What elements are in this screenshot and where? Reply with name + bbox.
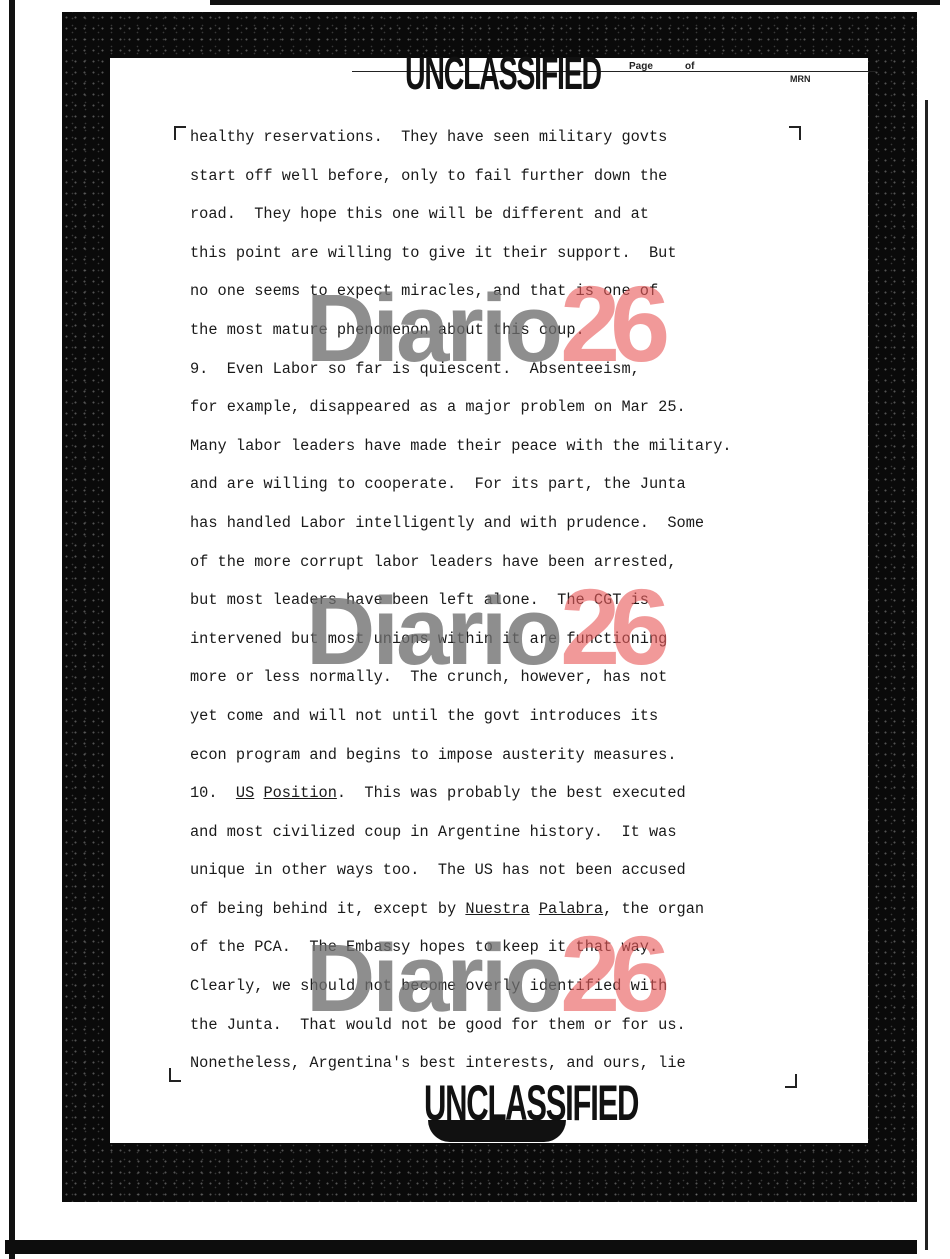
text-line: and are willing to cooperate. For its pa… [190, 471, 770, 510]
classification-stamp-top: UNCLASSIFIED [405, 50, 601, 96]
paragraph-number: 10. [190, 784, 218, 802]
scan-top-strip [210, 0, 940, 5]
text-line: of being behind it, except by Nuestra Pa… [190, 896, 770, 935]
text-line: unique in other ways too. The US has not… [190, 857, 770, 896]
publication-title-1: Nuestra [465, 900, 529, 918]
text-line: and most civilized coup in Argentine his… [190, 819, 770, 858]
text-line: more or less normally. The crunch, howev… [190, 664, 770, 703]
text-line: but most leaders have been left alone. T… [190, 587, 770, 626]
text-line: start off well before, only to fail furt… [190, 163, 770, 202]
paragraph-10-start: 10. US Position. This was probably the b… [190, 780, 770, 819]
crop-mark-bottom-right [785, 1074, 797, 1088]
heading-tail: . This was probably the best executed [337, 784, 686, 802]
classification-stamp-bottom: UNCLASSIFIED [424, 1078, 638, 1128]
paragraph-9-start: 9. Even Labor so far is quiescent. Absen… [190, 356, 770, 395]
crop-mark-top-right [789, 126, 801, 140]
scan-edge-line [9, 0, 15, 1259]
text-line: yet come and will not until the govt int… [190, 703, 770, 742]
mrn-label: MRN [790, 74, 811, 84]
text-line: the Junta. That would not be good for th… [190, 1012, 770, 1051]
crop-mark-bottom-left [169, 1068, 181, 1082]
text-line: has handled Labor intelligently and with… [190, 510, 770, 549]
text-line: Clearly, we should not become overly ide… [190, 973, 770, 1012]
of-label: of [685, 61, 694, 72]
heading-position: Position [263, 784, 336, 802]
text-line: Many labor leaders have made their peace… [190, 433, 770, 472]
text-line: healthy reservations. They have seen mil… [190, 124, 770, 163]
text-line: for example, disappeared as a major prob… [190, 394, 770, 433]
scan-right-line [925, 100, 928, 1250]
document-body: healthy reservations. They have seen mil… [190, 124, 770, 1089]
publication-title-2: Palabra [539, 900, 603, 918]
text-line: this point are willing to give it their … [190, 240, 770, 279]
text-line: intervened but most unions within it are… [190, 626, 770, 665]
text-line: no one seems to expect miracles, and tha… [190, 278, 770, 317]
text-line: of the PCA. The Embassy hopes to keep it… [190, 934, 770, 973]
crop-mark-top-left [174, 126, 186, 140]
page-label: Page [629, 61, 653, 72]
heading-us: US [236, 784, 254, 802]
text-line: econ program and begins to impose auster… [190, 742, 770, 781]
text-line: the most mature phenomenon about this co… [190, 317, 770, 356]
scan-bottom-strip [5, 1240, 917, 1254]
text-line: of the more corrupt labor leaders have b… [190, 549, 770, 588]
text-line: road. They hope this one will be differe… [190, 201, 770, 240]
